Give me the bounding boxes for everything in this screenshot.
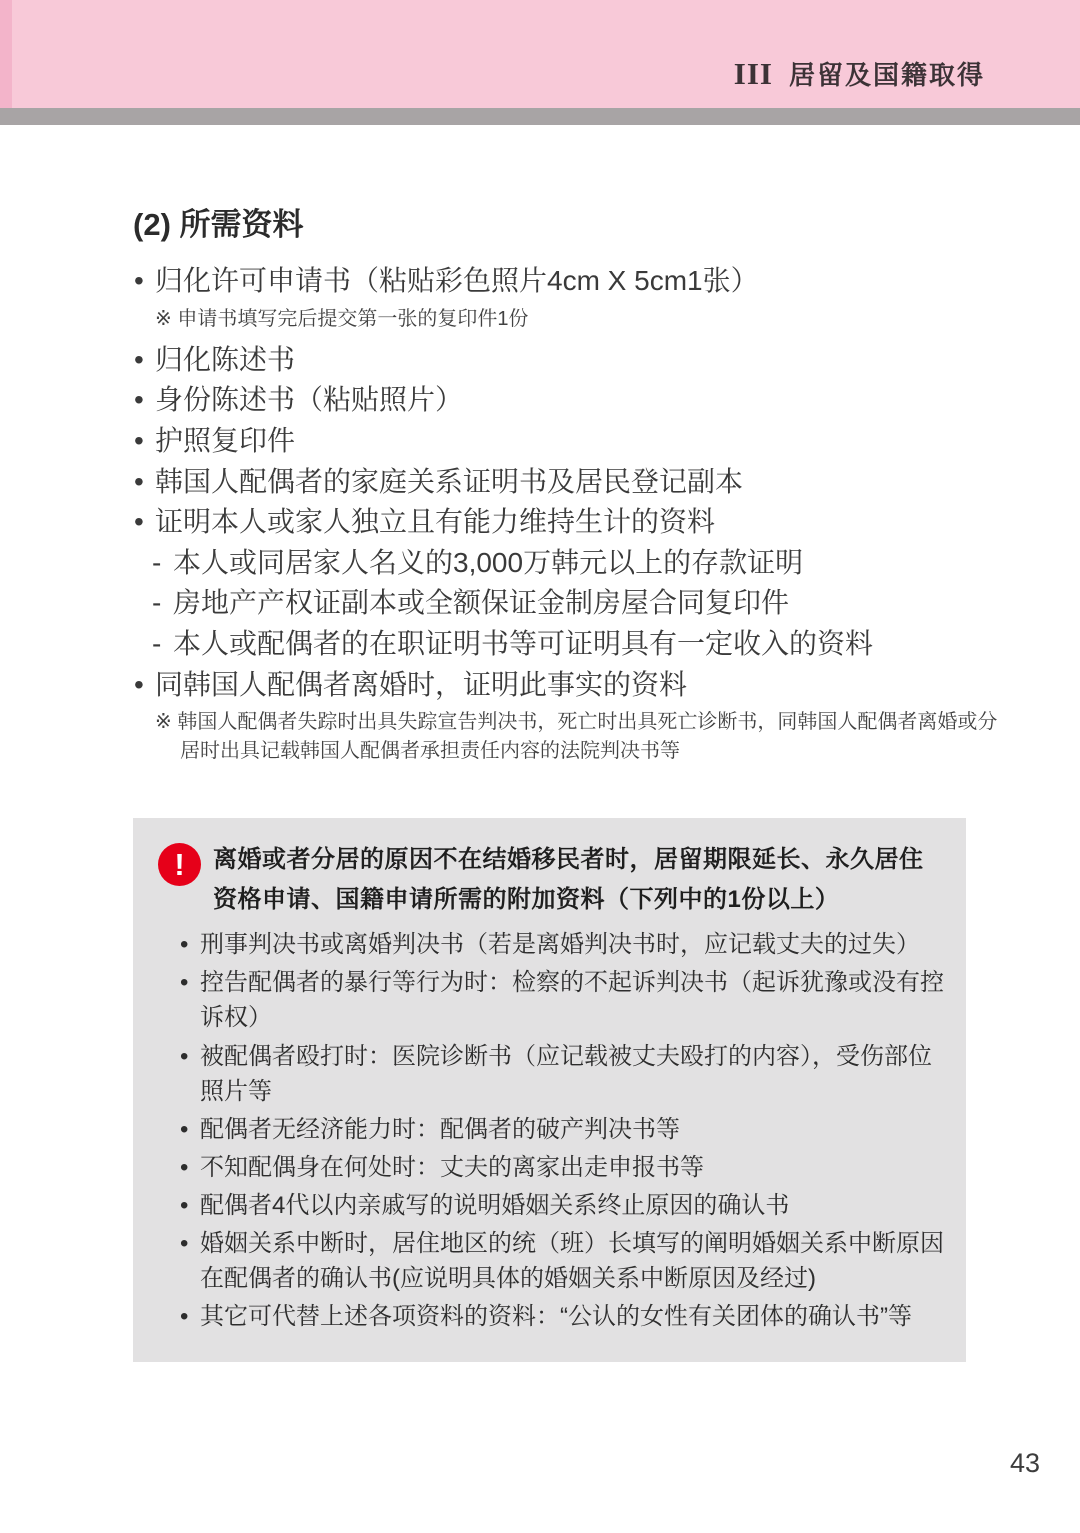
notice-item: 婚姻关系中断时，居住地区的统（班）长填写的阐明婚姻关系中断原因在配偶者的确认书(… [180,1226,950,1296]
notice-box: ! 离婚或者分居的原因不在结婚移民者时，居留期限延长、永久居住资格申请、国籍申请… [133,818,966,1362]
divider-bar [0,108,1080,125]
exclamation-circle-icon: ! [158,843,201,886]
list-sub-note: ※ 申请书填写完后提交第一张的复印件1份 [133,305,1013,334]
list-item: 护照复印件 [133,421,985,462]
list-dash-item: 本人或配偶者的在职证明书等可证明具有一定收入的资料 [133,624,985,665]
list-item: 归化陈述书 [133,340,985,381]
notice-title: 离婚或者分居的原因不在结婚移民者时，居留期限延长、永久居住资格申请、国籍申请所需… [213,840,950,919]
list-item: 归化许可申请书（粘贴彩色照片4cm X 5cm1张） [133,261,985,302]
notice-item: 不知配偶身在何处时：丈夫的离家出走申报书等 [180,1150,950,1185]
page-heading: (2) 所需资料 [133,205,985,245]
header-accent-strip [0,0,12,108]
list-dash-item: 房地产产权证副本或全额保证金制房屋合同复印件 [133,583,985,624]
list-item: 身份陈述书（粘贴照片） [133,380,985,421]
list-item: 同韩国人配偶者离婚时，证明此事实的资料 [133,665,985,706]
list-sub-note: ※ 韩国人配偶者失踪时出具失踪宣告判决书，死亡时出具死亡诊断书，同韩国人配偶者离… [133,708,1013,766]
notice-item: 配偶者无经济能力时：配偶者的破产判决书等 [180,1112,950,1147]
section-title: 居留及国籍取得 [789,55,985,92]
list-item: 证明本人或家人独立且有能力维持生计的资料 [133,502,985,543]
section-header: III 居留及国籍取得 [734,55,985,92]
list-dash-item: 本人或同居家人名义的3,000万韩元以上的存款证明 [133,543,985,584]
notice-item: 配偶者4代以内亲戚写的说明婚姻关系终止原因的确认书 [180,1188,950,1223]
notice-item: 被配偶者殴打时：医院诊断书（应记载被丈夫殴打的内容），受伤部位照片等 [180,1039,950,1109]
list-item: 韩国人配偶者的家庭关系证明书及居民登记副本 [133,462,985,503]
header-band: III 居留及国籍取得 [0,0,1080,108]
page-content: (2) 所需资料 归化许可申请书（粘贴彩色照片4cm X 5cm1张） ※ 申请… [0,125,1080,1362]
required-documents-list: 归化许可申请书（粘贴彩色照片4cm X 5cm1张） ※ 申请书填写完后提交第一… [133,261,985,766]
notice-item: 控告配偶者的暴行等行为时：检察的不起诉判决书（起诉犹豫或没有控诉权） [180,965,950,1035]
notice-header: ! 离婚或者分居的原因不在结婚移民者时，居留期限延长、永久居住资格申请、国籍申请… [158,840,950,919]
section-numeral: III [734,56,773,92]
notice-list: 刑事判决书或离婚判决书（若是离婚判决书时，应记载丈夫的过失） 控告配偶者的暴行等… [180,927,950,1333]
page-number: 43 [1010,1448,1040,1479]
notice-item: 刑事判决书或离婚判决书（若是离婚判决书时，应记载丈夫的过失） [180,927,950,962]
notice-item: 其它可代替上述各项资料的资料：“公认的女性有关团体的确认书”等 [180,1299,950,1334]
